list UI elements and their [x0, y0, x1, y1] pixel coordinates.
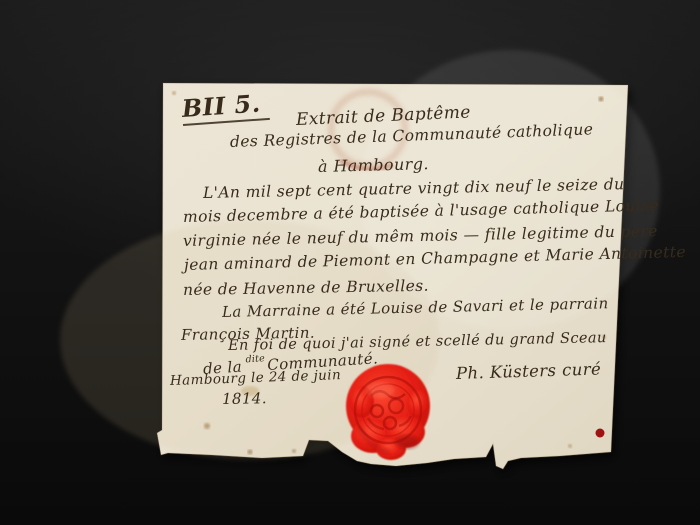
- signature: Ph. Küsters curé: [456, 359, 602, 383]
- title-line: à Hambourg.: [318, 154, 429, 176]
- reference-number: BII 5.: [181, 88, 270, 126]
- wax-seal: [333, 356, 443, 468]
- attestation-inserted-word: dite: [245, 353, 265, 365]
- photo-of-document: BII 5. Extrait de Baptême des Registres …: [0, 0, 700, 525]
- dateline-year: 1814.: [222, 389, 267, 408]
- dateline-place: Hambourg le 24 de juin: [170, 367, 342, 389]
- wax-seal-body: [346, 364, 430, 460]
- godparents-line: La Marraine a été Louise de Savari et le…: [222, 294, 609, 321]
- body-line: née de Havenne de Bruxelles.: [183, 277, 429, 299]
